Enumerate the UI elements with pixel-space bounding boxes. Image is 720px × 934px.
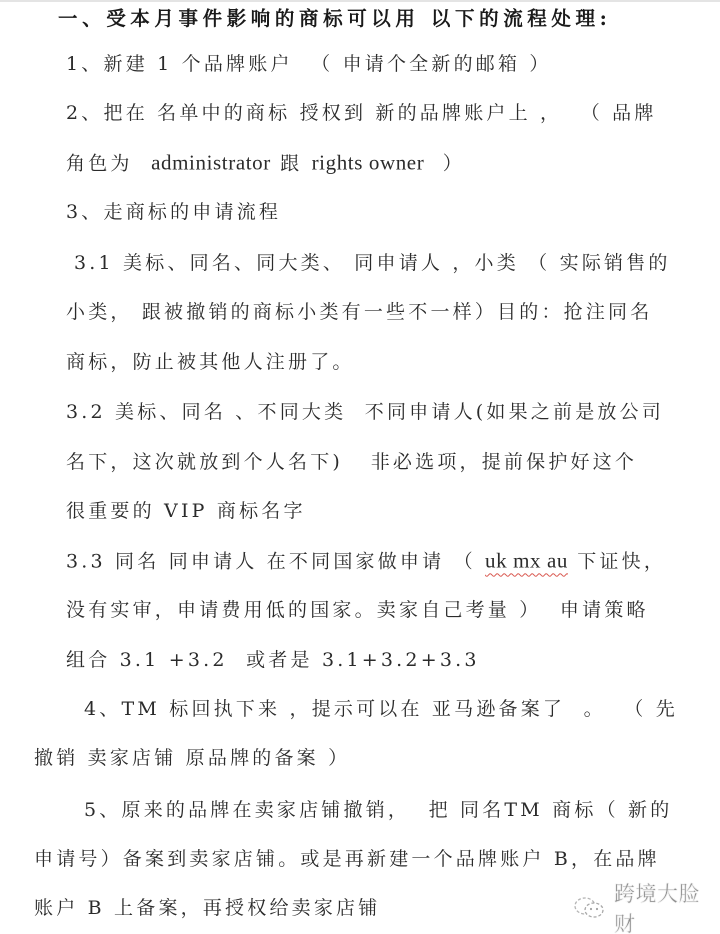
role-label: 角色为	[66, 153, 151, 175]
step-5-line-1: 5、原来的品牌在卖家店铺撤销， 把 同名TM 商标（ 新的	[84, 798, 672, 822]
role-administrator: administrator	[151, 151, 271, 175]
watermark-text: 跨境大脸财	[614, 878, 720, 934]
step-2-line-1: 2、把在 名单中的商标 授权到 新的品牌账户上 ， （ 品牌	[66, 101, 657, 125]
step-5-line-3: 账户 B 上备案，再授权给卖家店铺	[34, 896, 380, 920]
step-3-3-line-2: 没有实审，申请费用低的国家。卖家自己考量 ） 申请策略	[66, 598, 649, 622]
step-3-2-line-2: 名下，这次就放到个人名下) 非必选项，提前保护好这个	[66, 450, 637, 474]
watermark: 跨境大脸财	[572, 893, 720, 923]
step-3-1-line-3: 商标，防止被其他人注册了。	[66, 350, 355, 374]
step-3-3-suffix: 下证快，	[568, 551, 666, 573]
step-3-1-line-1: 3.1 美标、同名、同大类、 同申请人 ，小类 （ 实际销售的	[74, 251, 671, 275]
step-5-line-2: 申请号）备案到卖家店铺。或是再新建一个品牌账户 B，在品牌	[34, 847, 660, 871]
step-4-line-2: 撤销 卖家店铺 原品牌的备案 ）	[34, 746, 350, 770]
role-connector: 跟	[271, 153, 312, 175]
role-close-paren: ）	[424, 153, 465, 175]
step-3-3-line-1: 3.3 同名 同申请人 在不同国家做申请 （ uk mx au 下证快，	[66, 549, 666, 574]
step-3-3-prefix: 3.3 同名 同申请人 在不同国家做申请 （	[66, 551, 485, 573]
country-codes-spellcheck: uk mx au	[485, 549, 568, 573]
step-1-line: 1、新建 1 个品牌账户 （ 申请个全新的邮箱 ）	[66, 52, 552, 76]
wechat-icon	[572, 896, 608, 920]
step-3-line: 3、走商标的申请流程	[66, 200, 281, 224]
step-4-line-1: 4、TM 标回执下来 ，提示可以在 亚马逊备案了 。 （ 先	[84, 697, 678, 721]
step-3-3-line-3: 组合 3.1 +3.2 或者是 3.1+3.2+3.3	[66, 648, 480, 672]
step-3-2-line-1: 3.2 美标、同名 、不同大类 不同申请人(如果之前是放公司	[66, 400, 664, 424]
document-title: 一、受本月事件影响的商标可以用 以下的流程处理:	[58, 7, 611, 31]
role-rights-owner: rights owner	[312, 151, 425, 175]
top-border	[0, 0, 720, 2]
step-3-1-line-2: 小类， 跟被撤销的商标小类有一些不一样）目的：抢注同名	[66, 300, 652, 324]
step-2-line-2: 角色为 administrator 跟 rights owner ）	[66, 151, 465, 176]
step-3-2-line-3: 很重要的 VIP 商标名字	[66, 499, 306, 523]
